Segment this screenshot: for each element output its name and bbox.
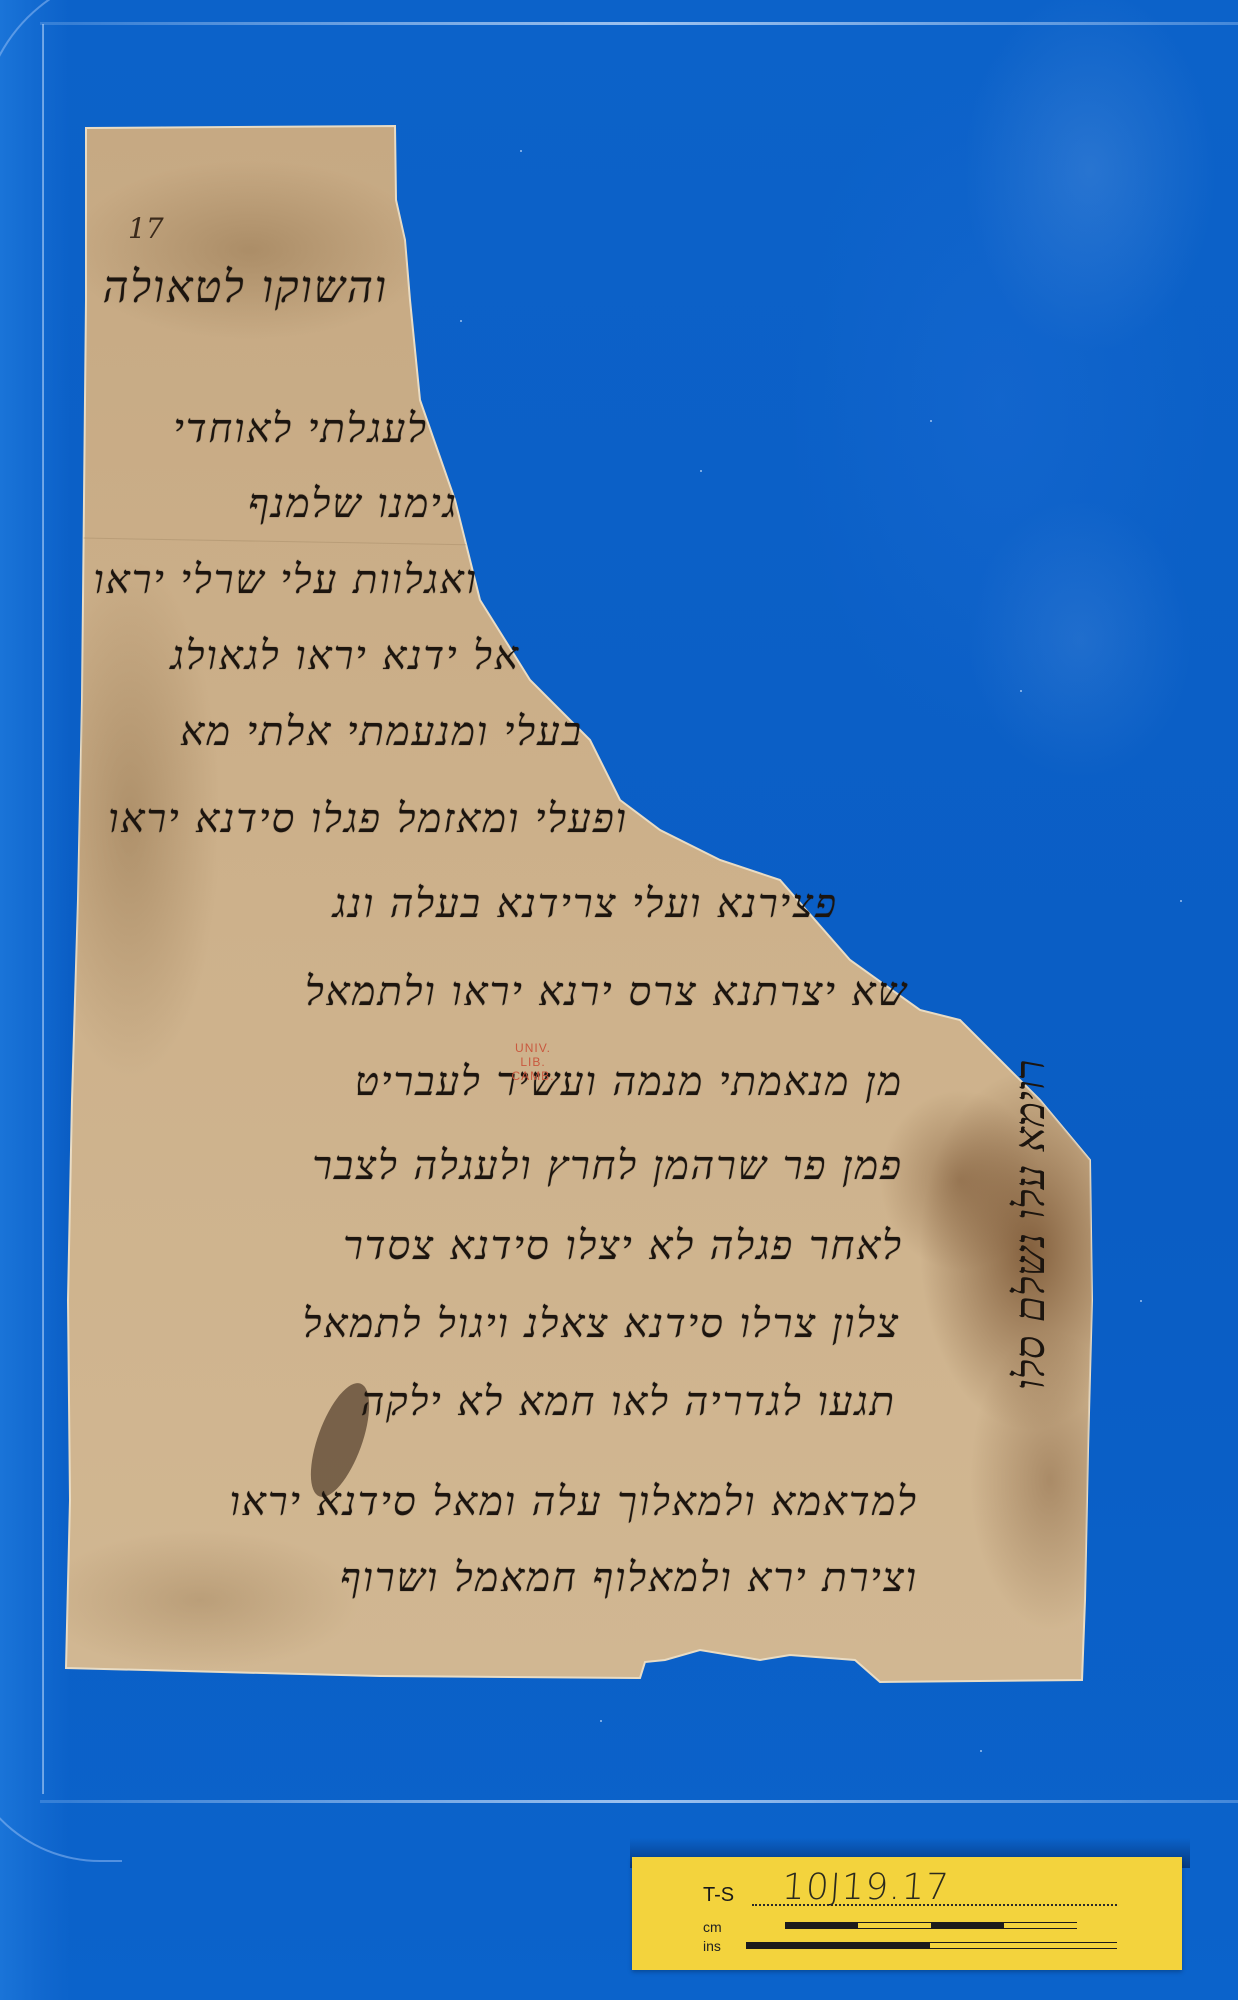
text-line: למדאמא ולמאלוך עלה ומאל סידנא יראו bbox=[230, 1478, 918, 1525]
margin-text-vertical: רוימא עלו נשלם סלו bbox=[1005, 1060, 1055, 1390]
library-stamp: UNIV. LIB. CAMB. bbox=[508, 1041, 558, 1083]
stamp-line: UNIV. bbox=[508, 1041, 558, 1055]
stamp-line: CAMB. bbox=[508, 1069, 558, 1083]
label-cm-text: cm bbox=[703, 1919, 722, 1935]
text-line: פמן פר שרהמן לחרץ ולעגלה לצבר bbox=[312, 1142, 903, 1189]
text-line: צלון צרלו סידנא צאלנ ויגול לתמאל bbox=[303, 1300, 900, 1347]
text-line: ופעלי ומאזמל פגלו סידנא יראו bbox=[108, 795, 628, 842]
text-line: מן מנאמתי מנמה ועשיר לעבריט bbox=[355, 1058, 903, 1105]
text-line: והשוקו לטאולה bbox=[103, 262, 388, 313]
text-line: לעגלתי לאוחדי bbox=[173, 405, 428, 452]
text-line: לאחר פגלה לא יצלו סידנא צסדר bbox=[343, 1222, 903, 1269]
text-line: גימנו שלמנף bbox=[248, 480, 458, 527]
accession-label: T-S 10J19.17 cm ins bbox=[632, 1857, 1182, 1970]
text-line: בעלי ומנעמתי אלתי מא bbox=[180, 708, 583, 755]
text-line: תגעו לגדריה לאו חמא לא ילקה bbox=[361, 1378, 896, 1425]
text-line: שא יצרתנא צרס ירנא יראו ולתמאל bbox=[305, 968, 908, 1015]
label-prefix: T-S bbox=[703, 1884, 734, 1907]
text-line: ואגלוות עלי שרלי יראו bbox=[93, 556, 478, 603]
stamp-line: LIB. bbox=[508, 1055, 558, 1069]
folio-number: 17 bbox=[128, 212, 164, 245]
label-ins-text: ins bbox=[703, 1938, 721, 1954]
text-line: אל ידנא יראו לגאולג bbox=[171, 632, 520, 679]
text-line: וצירת ירא ולמאלוף חמאמל ושרוף bbox=[340, 1554, 918, 1601]
text-line: פצירנא ועלי צרידנא בעלה ונג bbox=[333, 880, 838, 927]
label-shelfmark: 10J19.17 bbox=[781, 1867, 951, 1908]
